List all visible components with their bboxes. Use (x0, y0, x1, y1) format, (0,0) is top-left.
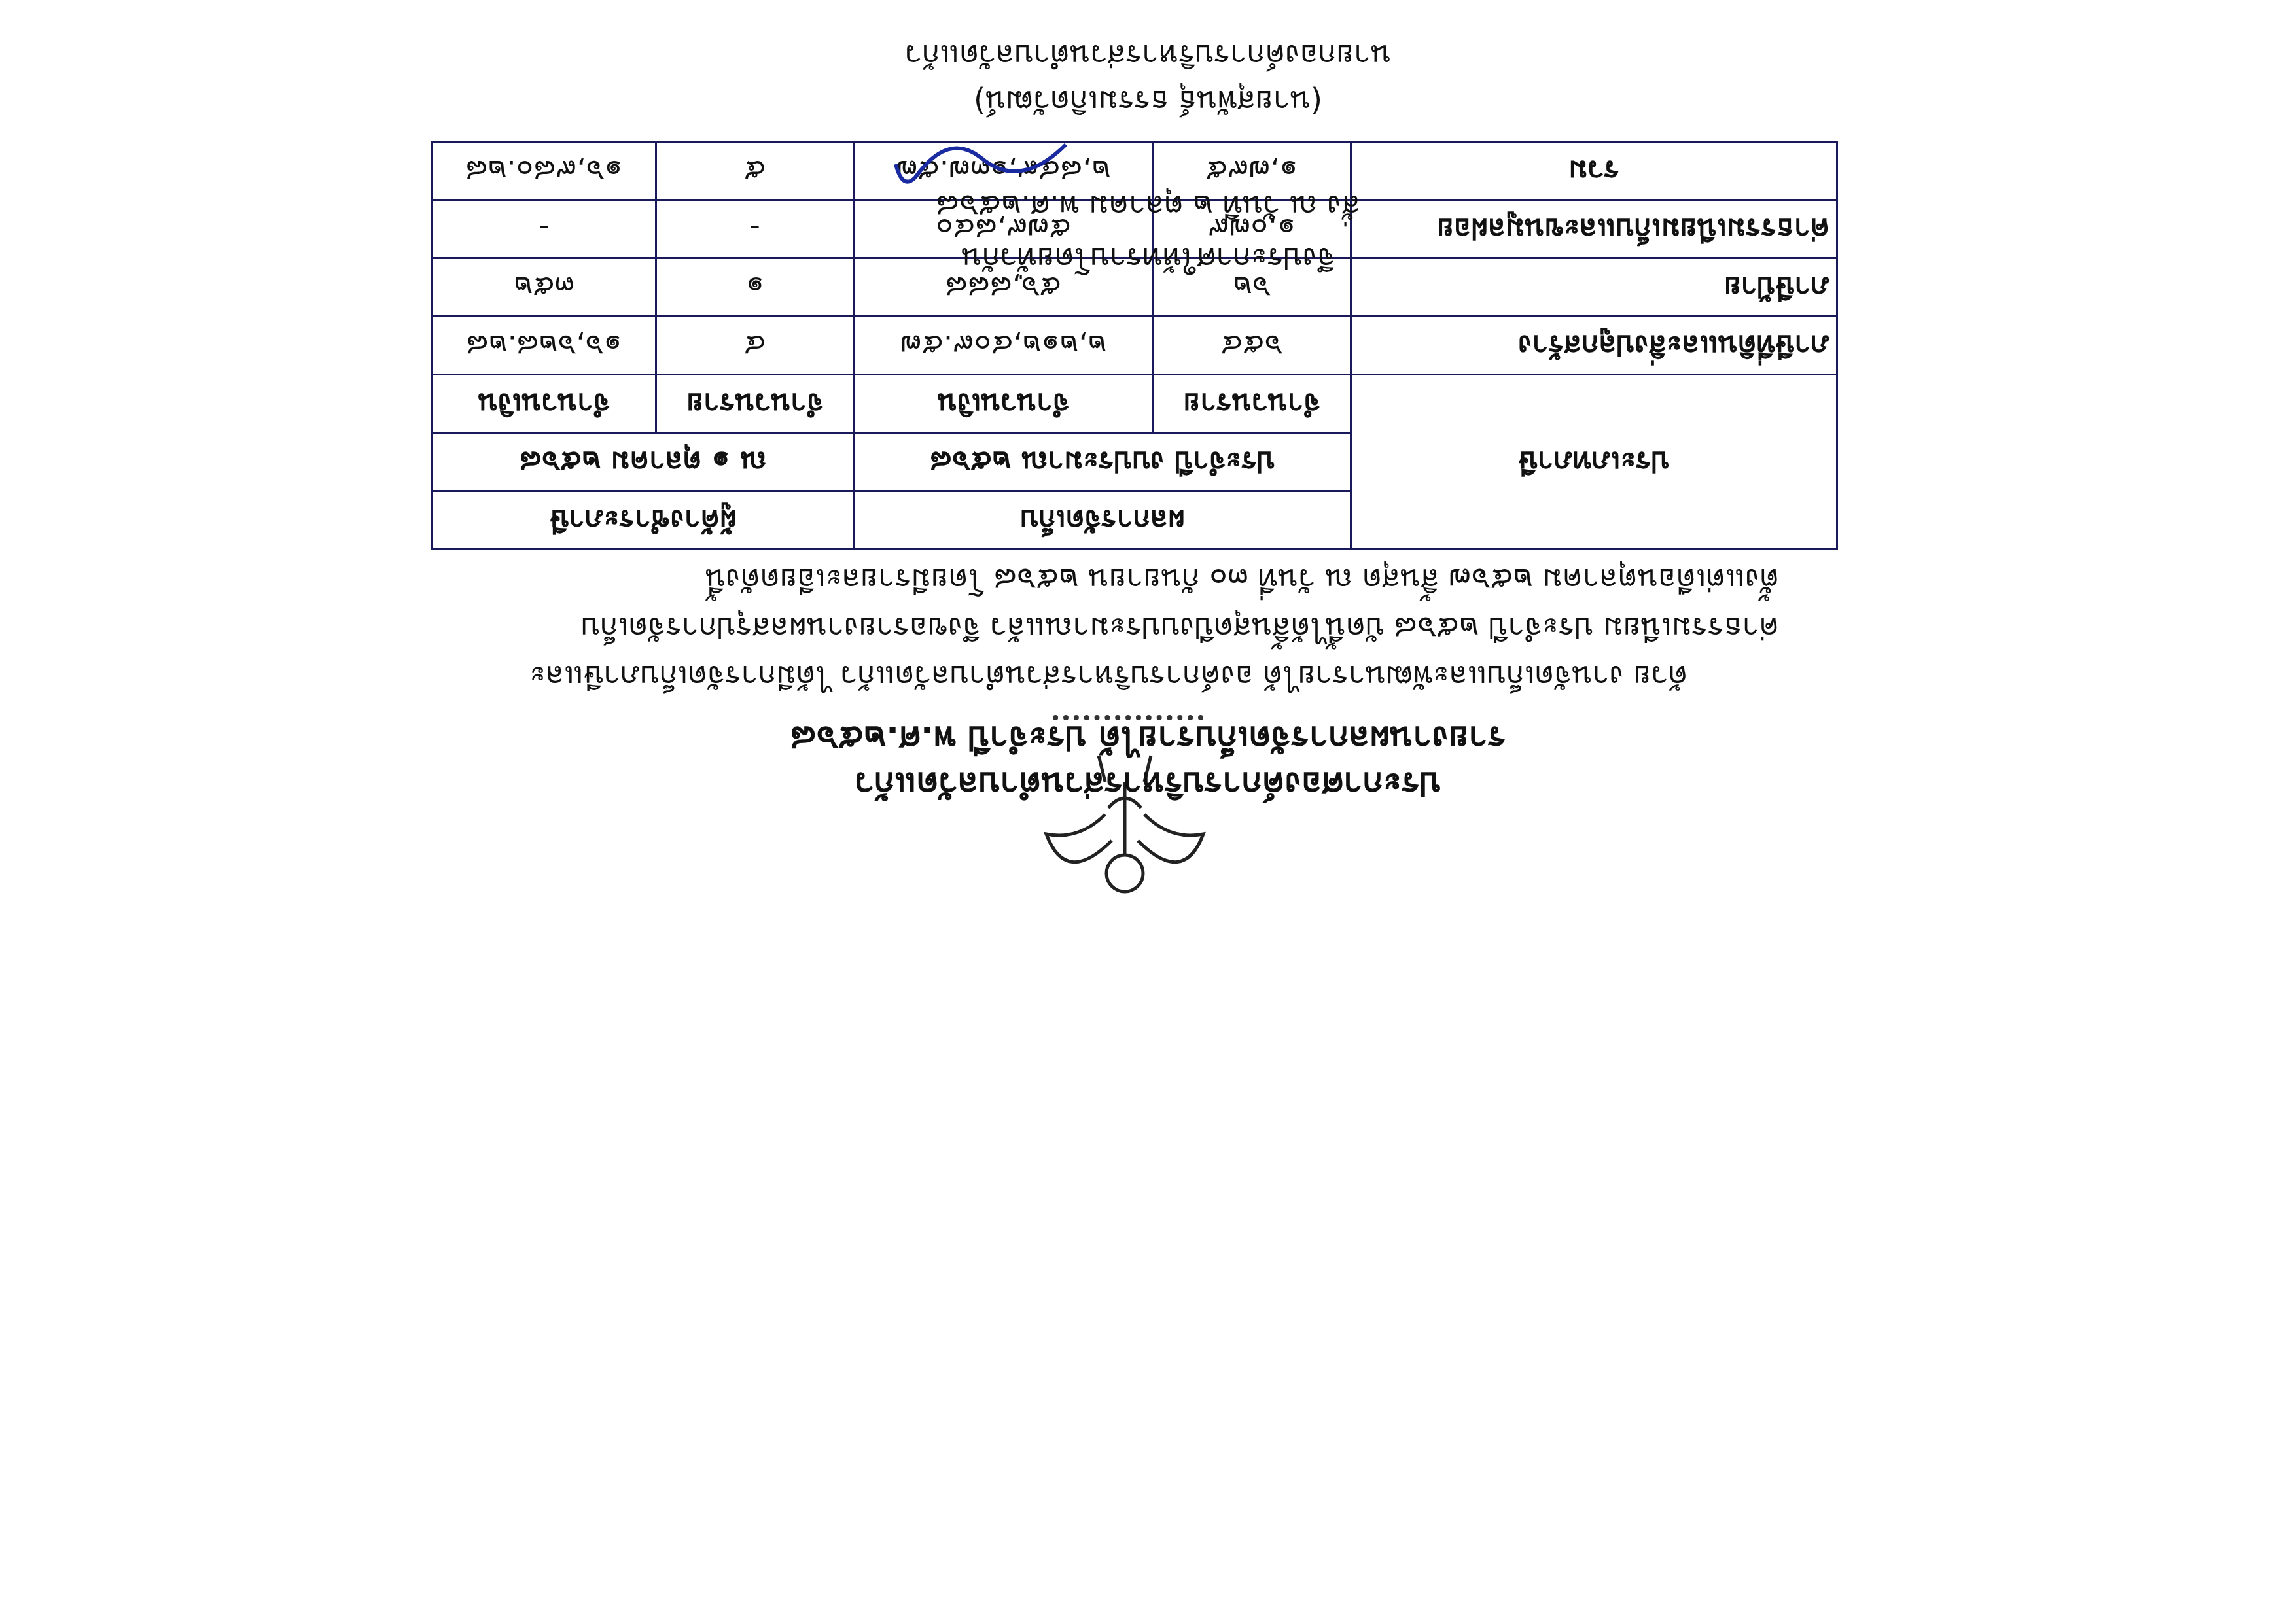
signature-mark-icon (883, 125, 1079, 197)
closing-block: จึงประกาศให้ทราบโดยทั่วกัน สั่ง ณ วันที่… (0, 0, 2296, 1623)
signer-position: นายกองค์การบริหารส่วนตำบลวัดแก้ว (0, 31, 2296, 79)
signer-name: (นายสุพันธุ์ ธรรมเกิดวัฒน์) (0, 77, 2296, 125)
closing-text: จึงประกาศให้ทราบโดยทั่วกัน (0, 234, 2296, 282)
date-line: สั่ง ณ วันที่ ๒ ตุลาคม พ.ศ.๒๕๖๘ (0, 182, 2296, 230)
